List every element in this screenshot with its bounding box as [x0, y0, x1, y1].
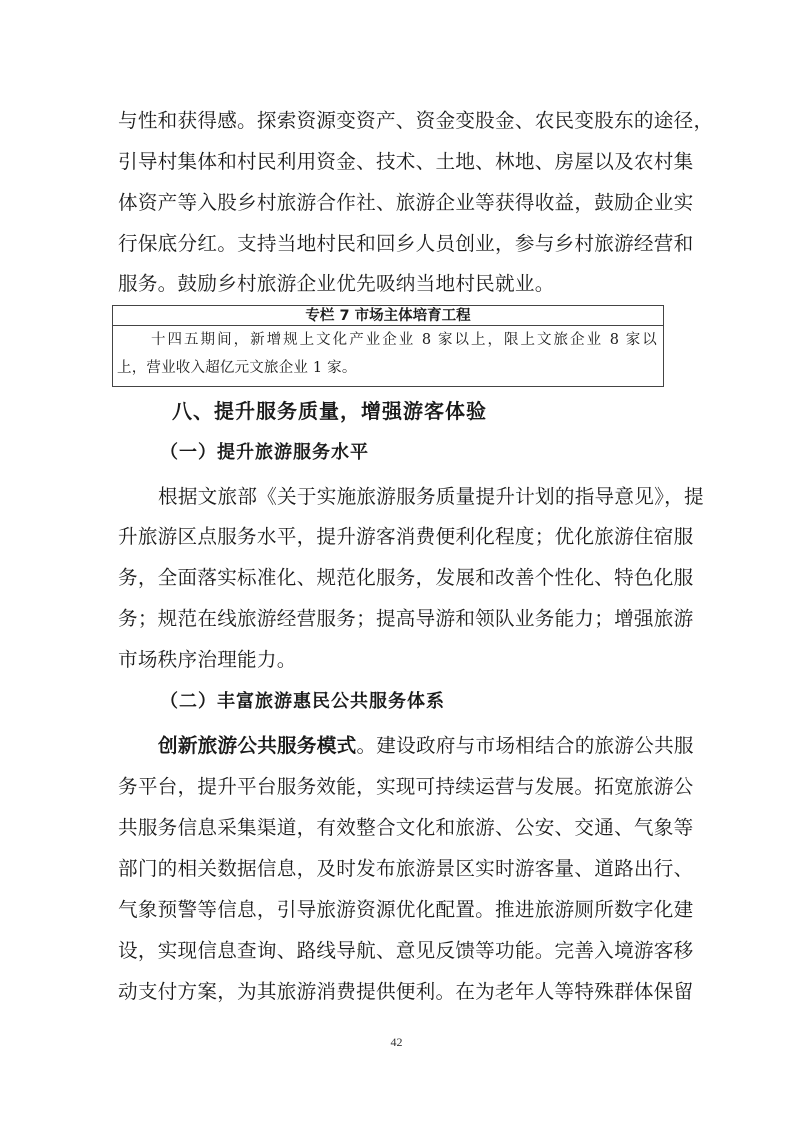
text-line: 务，全面落实标准化、规范化服务，发展和改善个性化、特色化服	[118, 566, 684, 590]
text-line: 动支付方案，为其旅游消费提供便利。在为老年人等特殊群体保留	[118, 980, 684, 1004]
text-line: 市场秩序治理能力。	[118, 648, 684, 672]
text-line: 升旅游区点服务水平，提升游客消费便利化程度；优化旅游住宿服	[118, 525, 684, 549]
text-line: 体资产等入股乡村旅游合作社、旅游企业等获得收益，鼓励企业实	[118, 191, 684, 215]
text-line: 与性和获得感。探索资源变资产、资金变股金、农民变股东的途径，	[118, 109, 684, 133]
column-box-line: 十四五期间，新增规上文化产业企业 8 家以上，限上文旅企业 8 家以	[151, 330, 657, 350]
text-line: 根据文旅部《关于实施旅游服务质量提升计划的指导意见》，提	[158, 485, 684, 509]
text-line: 共服务信息采集渠道，有效整合文化和旅游、公安、交通、气象等	[118, 816, 684, 840]
column-box-title: 专栏 7 市场主体培育工程	[113, 306, 663, 326]
text-line: 务；规范在线旅游经营服务；提高导游和领队业务能力；增强旅游	[118, 607, 684, 631]
page-number: 42	[0, 1035, 793, 1050]
document-page: 与性和获得感。探索资源变资产、资金变股金、农民变股东的途径， 引导村集体和村民利…	[0, 0, 793, 1122]
text-line: 部门的相关数据信息，及时发布旅游景区实时游客量、道路出行、	[118, 857, 684, 881]
column-box: 专栏 7 市场主体培育工程 十四五期间，新增规上文化产业企业 8 家以上，限上文…	[112, 305, 664, 387]
text-line-lead: 创新旅游公共服务模式。建设政府与市场相结合的旅游公共服	[158, 734, 684, 758]
subsection-heading: （二）丰富旅游惠民公共服务体系	[160, 690, 445, 714]
text-line: 引导村集体和村民利用资金、技术、土地、林地、房屋以及农村集	[118, 150, 684, 174]
lead-rest: 。建设政府与市场相结合的旅游公共服	[356, 734, 693, 757]
text-line: 服务。鼓励乡村旅游企业优先吸纳当地村民就业。	[118, 272, 684, 296]
section-heading: 八、提升服务质量，增强游客体验	[172, 399, 487, 423]
text-line: 气象预警等信息，引导旅游资源优化配置。推进旅游厕所数字化建	[118, 898, 684, 922]
text-line: 行保底分红。支持当地村民和回乡人员创业，参与乡村旅游经营和	[118, 232, 684, 256]
text-line: 设，实现信息查询、路线导航、意见反馈等功能。完善入境游客移	[118, 939, 684, 963]
subsection-heading: （一）提升旅游服务水平	[160, 441, 369, 465]
column-box-line: 上，营业收入超亿元文旅企业 1 家。	[117, 358, 357, 378]
lead-bold-phrase: 创新旅游公共服务模式	[158, 734, 356, 757]
text-line: 务平台，提升平台服务效能，实现可持续运营与发展。拓宽旅游公	[118, 775, 684, 799]
